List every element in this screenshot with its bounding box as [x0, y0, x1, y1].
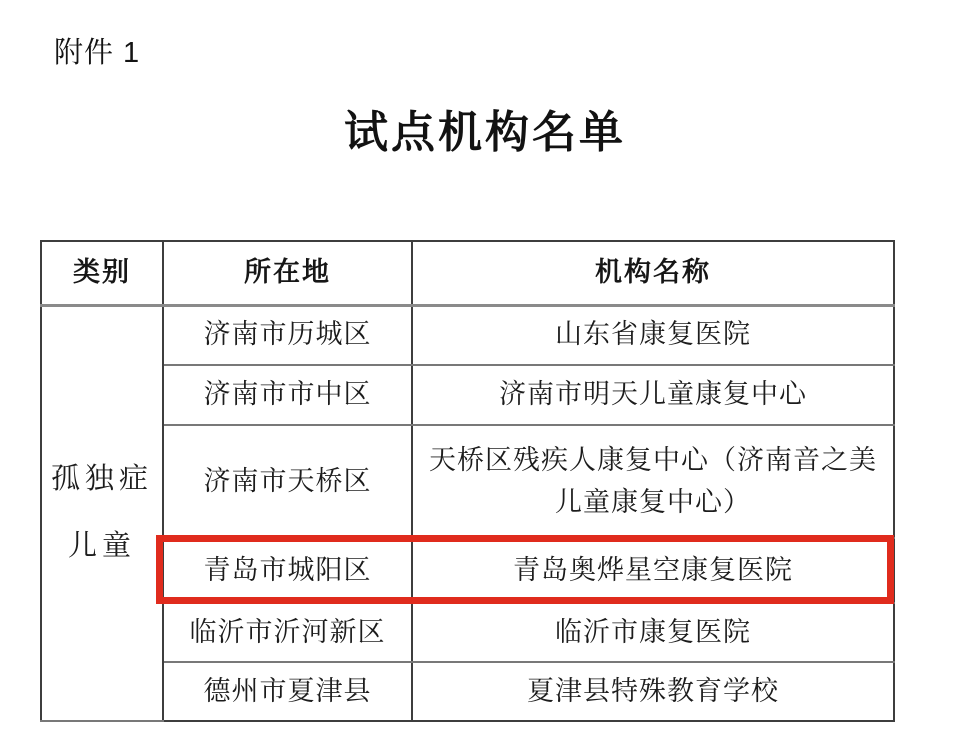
pilot-institutions-table: 类别 所在地 机构名称 孤独症 儿童 济南市历城区 山东省康复医院 济南市市中区… [40, 240, 895, 722]
location-cell: 德州市夏津县 [163, 662, 412, 721]
page-title: 试点机构名单 [0, 96, 970, 160]
table-header-row: 类别 所在地 机构名称 [41, 241, 894, 305]
institution-cell: 天桥区残疾人康复中心（济南音之美儿童康复中心） [412, 425, 894, 538]
institution-cell: 青岛奥烨星空康复医院 [412, 538, 894, 603]
table-row: 济南市市中区 济南市明天儿童康复中心 [41, 365, 894, 425]
institution-cell: 夏津县特殊教育学校 [412, 662, 894, 721]
location-cell: 临沂市沂河新区 [163, 603, 412, 662]
category-cell: 孤独症 儿童 [41, 305, 163, 721]
column-header-category: 类别 [41, 241, 163, 305]
table-row: 临沂市沂河新区 临沂市康复医院 [41, 603, 894, 662]
table-row: 德州市夏津县 夏津县特殊教育学校 [41, 662, 894, 721]
document-page: 附件 1 试点机构名单 类别 所在地 机构名称 孤独症 儿童 济南市历城区 山东… [0, 0, 970, 739]
category-line-2: 儿童 [48, 524, 156, 569]
institution-cell: 济南市明天儿童康复中心 [412, 365, 894, 425]
table-row: 济南市天桥区 天桥区残疾人康复中心（济南音之美儿童康复中心） [41, 425, 894, 538]
category-line-1: 孤独症 [48, 457, 156, 502]
table-row-highlighted: 青岛市城阳区 青岛奥烨星空康复医院 [41, 538, 894, 603]
location-cell: 济南市市中区 [163, 365, 412, 425]
location-cell: 济南市天桥区 [163, 425, 412, 538]
column-header-institution: 机构名称 [412, 241, 894, 305]
institution-cell: 山东省康复医院 [412, 305, 894, 365]
institution-cell: 临沂市康复医院 [412, 603, 894, 662]
location-cell: 青岛市城阳区 [163, 538, 412, 603]
attachment-label: 附件 1 [54, 30, 140, 71]
location-cell: 济南市历城区 [163, 305, 412, 365]
column-header-location: 所在地 [163, 241, 412, 305]
table-row: 孤独症 儿童 济南市历城区 山东省康复医院 [41, 305, 894, 365]
